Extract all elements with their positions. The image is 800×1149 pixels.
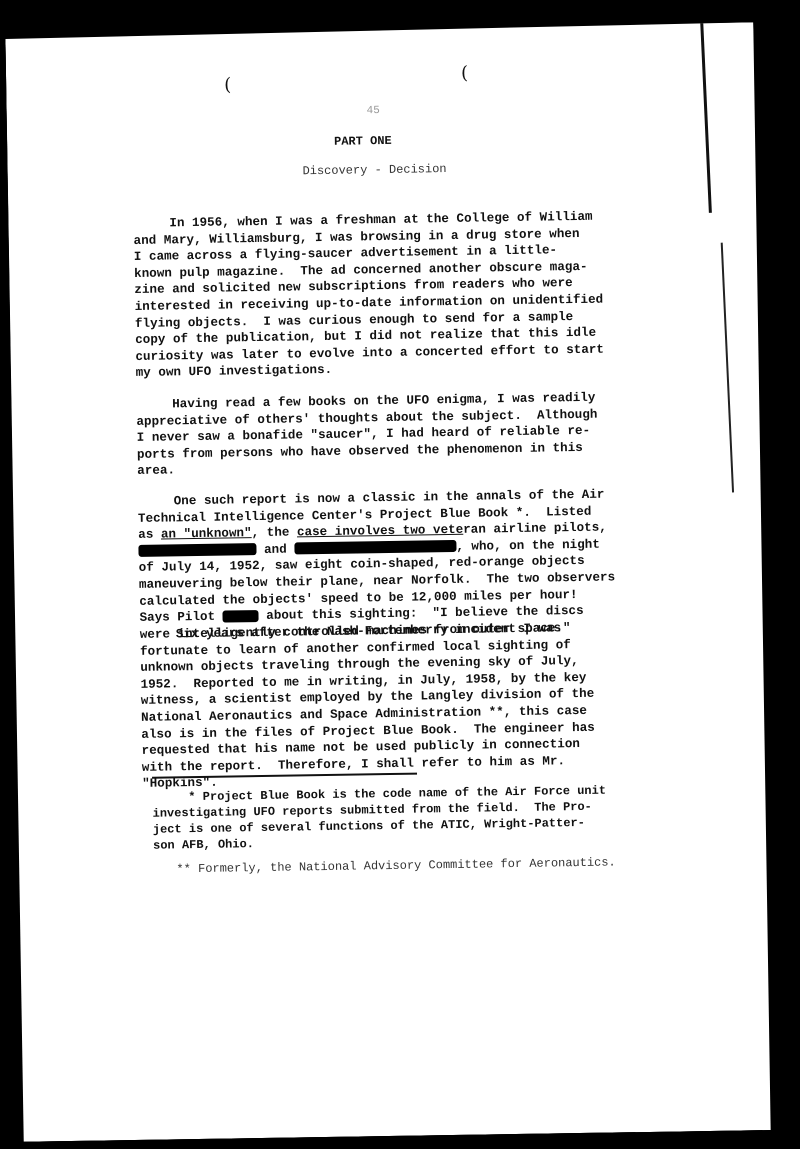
part-heading: PART ONE [334,134,392,149]
footnote: ** Formerly, the National Advisory Commi… [176,854,656,878]
paragraph: Having read a few books on the UFO enigm… [136,390,607,480]
paragraph: In 1956, when I was a freshman at the Co… [133,209,606,382]
redaction-block [138,544,256,558]
chapter-subheading: Discovery - Decision [302,162,446,178]
page-number: 45 [367,105,380,117]
underlined-text: an "unknown" [161,526,252,541]
footnote: * Project Blue Book is the code name of … [152,782,633,854]
scanned-page: ( ( 45 PART ONE Discovery - Decision In … [5,22,770,1142]
text-line: ** Formerly, the National Advisory Commi… [176,854,656,878]
redaction-block [294,540,456,555]
redaction-block [223,610,259,623]
underlined-text: case involves two vete [297,523,463,540]
paragraph: Six years after the Nash-Fortenberry inc… [140,620,613,793]
document-body: 45 PART ONE Discovery - Decision In 1956… [5,22,770,1142]
